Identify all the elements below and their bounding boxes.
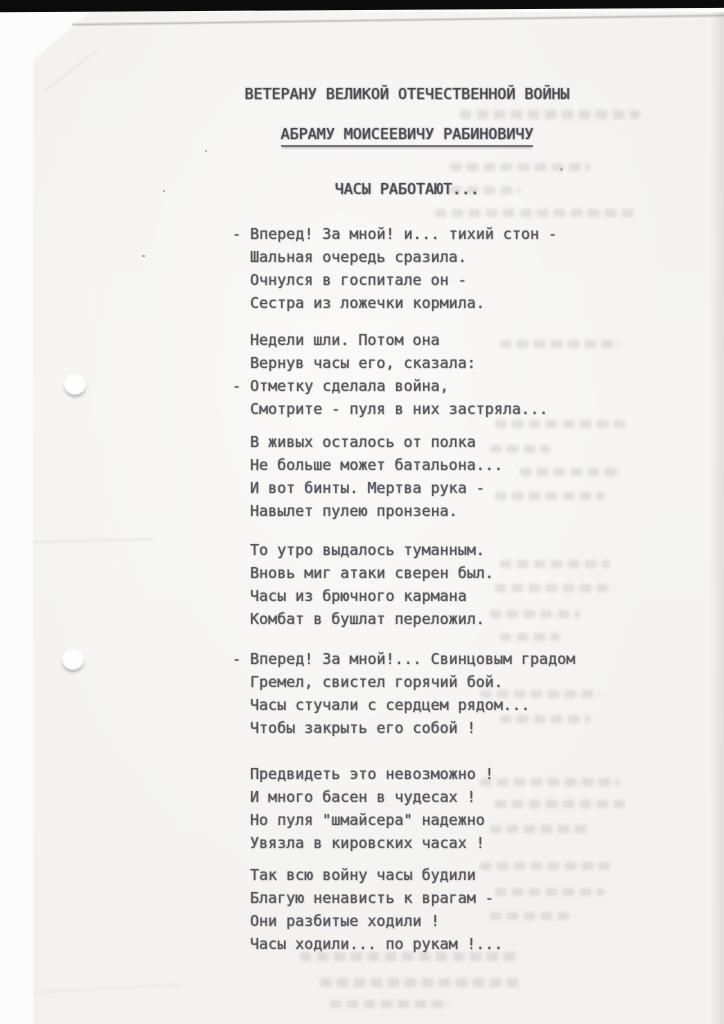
poem-line: Вернув часы его, сказала: [232,352,575,375]
poem-line: Комбат в бушлат переложил. [232,608,575,631]
dedication-line: ВЕТЕРАНУ ВЕЛИКОЙ ОТЕЧЕСТВЕННОЙ ВОЙНЫ [244,85,569,103]
poem-line: Часы из брючного кармана [232,585,575,608]
poem-line: Очнулся в госпитале он - [232,269,575,292]
stanza-3: В живых осталось от полка Не больше може… [232,431,575,523]
poem-line: Предвидеть это невозможно ! [232,763,575,786]
poem-line: И много басен в чудесах ! [232,786,575,809]
poem-line: Не больше может батальона... [232,454,575,477]
poem-line: Шальная очередь сразила. [232,246,575,269]
typed-content: ВЕТЕРАНУ ВЕЛИКОЙ ОТЕЧЕСТВЕННОЙ ВОЙНЫ АБР… [0,0,724,1024]
poem-line: Так всю войну часы будили [232,864,575,887]
poem-line: Сестра из ложечки кормила. [232,292,575,315]
stanza-5: - Вперед! За мной!... Свинцовым градом Г… [232,648,575,740]
poem-line: Недели шли. Потом она [232,329,575,352]
poem-body: - Вперед! За мной! и... тихий стон - Шал… [232,223,575,956]
poem-line: То утро выдалось туманным. [232,539,575,562]
poem-line: Благую ненависть к врагам - [232,887,575,910]
poem-line: - Вперед! За мной!... Свинцовым градом [232,648,575,671]
poem-line: Часы стучали с сердцем рядом... [232,694,575,717]
dedication-name: АБРАМУ МОИСЕЕВИЧУ РАБИНОВИЧУ [281,125,534,147]
poem-line: Но пуля "шмайсера" надежно [232,809,575,832]
poem-title: ЧАСЫ РАБОТАЮТ... [335,180,480,198]
poem-line: Они разбитые ходили ! [232,910,575,933]
poem-line: - Вперед! За мной! и... тихий стон - [232,223,575,246]
poem-line: Часы ходили... по рукам !... [232,933,575,956]
stanza-7: Так всю войну часы будили Благую ненавис… [232,864,575,956]
poem-line: Смотрите - пуля в них застряла... [232,398,575,421]
poem-line: Чтобы закрыть его собой ! [232,717,575,740]
stanza-6: Предвидеть это невозможно ! И много басе… [232,763,575,855]
stanza-4: То утро выдалось туманным. Вновь миг ата… [232,539,575,631]
poem-line: - Отметку сделала война, [232,375,575,398]
poem-line: Увязла в кировских часах ! [232,832,575,855]
stanza-2: Недели шли. Потом она Вернув часы его, с… [232,329,575,421]
poem-line: Навылет пулею пронзена. [232,500,575,523]
poem-line: Гремел, свистел горячий бой. [232,671,575,694]
stanza-1: - Вперед! За мной! и... тихий стон - Шал… [232,223,575,315]
poem-line: В живых осталось от полка [232,431,575,454]
scanned-page: ВЕТЕРАНУ ВЕЛИКОЙ ОТЕЧЕСТВЕННОЙ ВОЙНЫ АБР… [0,0,724,1024]
poem-line: Вновь миг атаки сверен был. [232,562,575,585]
poem-line: И вот бинты. Мертва рука - [232,477,575,500]
